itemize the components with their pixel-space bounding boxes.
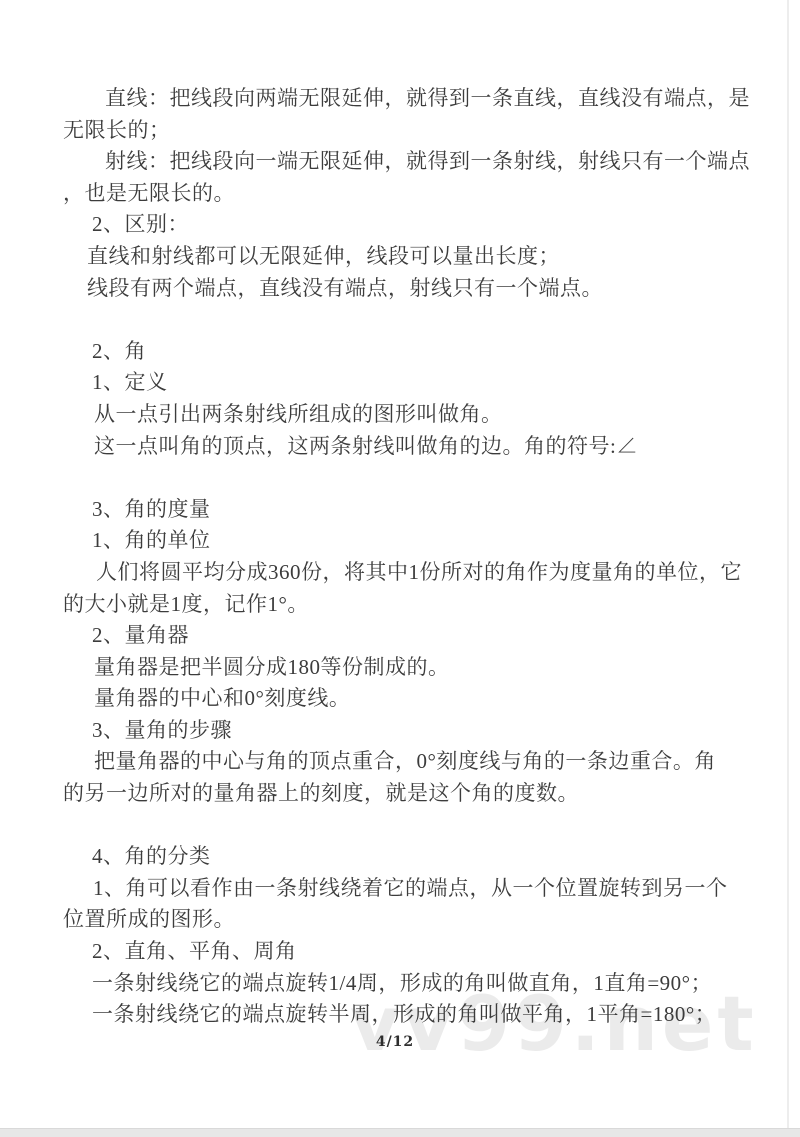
text-line: ，也是无限长的。	[63, 178, 740, 210]
text-line: 的另一边所对的量角器上的刻度，就是这个角的度数。	[63, 778, 740, 810]
text-line: 位置所成的图形。	[63, 904, 740, 936]
text-line: 量角器的中心和0°刻度线。	[63, 683, 740, 715]
text-line: 2、量角器	[63, 620, 740, 652]
text-line: 把量角器的中心与角的顶点重合，0°刻度线与角的一条边重合。角	[63, 746, 740, 778]
text-line: 直线：把线段向两端无限延伸，就得到一条直线，直线没有端点，是	[63, 83, 740, 115]
text-line: 2、直角、平角、周角	[63, 936, 740, 968]
text-line: 1、角可以看作由一条射线绕着它的端点，从一个位置旋转到另一个	[63, 873, 740, 905]
document-viewer: vv99.net 直线：把线段向两端无限延伸，就得到一条直线，直线没有端点，是无…	[0, 0, 800, 1137]
text-line: 一条射线绕它的端点旋转半周，形成的角叫做平角，1平角=180°；	[63, 999, 740, 1031]
text-line: 3、量角的步骤	[63, 715, 740, 747]
text-line: 这一点叫角的顶点，这两条射线叫做角的边。角的符号:∠	[63, 431, 740, 463]
text-line: 2、角	[63, 336, 740, 368]
text-line: 直线和射线都可以无限延伸，线段可以量出长度；	[63, 241, 740, 273]
blank-line	[63, 462, 740, 494]
text-line: 一条射线绕它的端点旋转1/4周，形成的角叫做直角，1直角=90°；	[63, 968, 740, 1000]
text-line: 从一点引出两条射线所组成的图形叫做角。	[63, 399, 740, 431]
text-line: 无限长的；	[63, 115, 740, 147]
page-bottom-edge	[0, 1128, 800, 1137]
document-body: 直线：把线段向两端无限延伸，就得到一条直线，直线没有端点，是无限长的；射线：把线…	[63, 83, 740, 1031]
text-line: 4、角的分类	[63, 841, 740, 873]
text-line: 2、区别：	[63, 209, 740, 241]
blank-line	[63, 304, 740, 336]
text-line: 量角器是把半圆分成180等份制成的。	[63, 652, 740, 684]
text-line: 线段有两个端点，直线没有端点，射线只有一个端点。	[63, 273, 740, 305]
text-line: 人们将圆平均分成360份，将其中1份所对的角作为度量角的单位，它	[63, 557, 740, 589]
text-line: 的大小就是1度，记作1°。	[63, 589, 740, 621]
text-line: 射线：把线段向一端无限延伸，就得到一条射线，射线只有一个端点	[63, 146, 740, 178]
text-line: 3、角的度量	[63, 494, 740, 526]
page-right-edge	[787, 0, 789, 1129]
page-number: 4/12	[0, 1034, 790, 1050]
text-line: 1、定义	[63, 367, 740, 399]
text-line: 1、角的单位	[63, 525, 740, 557]
blank-line	[63, 810, 740, 842]
document-page: vv99.net 直线：把线段向两端无限延伸，就得到一条直线，直线没有端点，是无…	[0, 0, 800, 1137]
